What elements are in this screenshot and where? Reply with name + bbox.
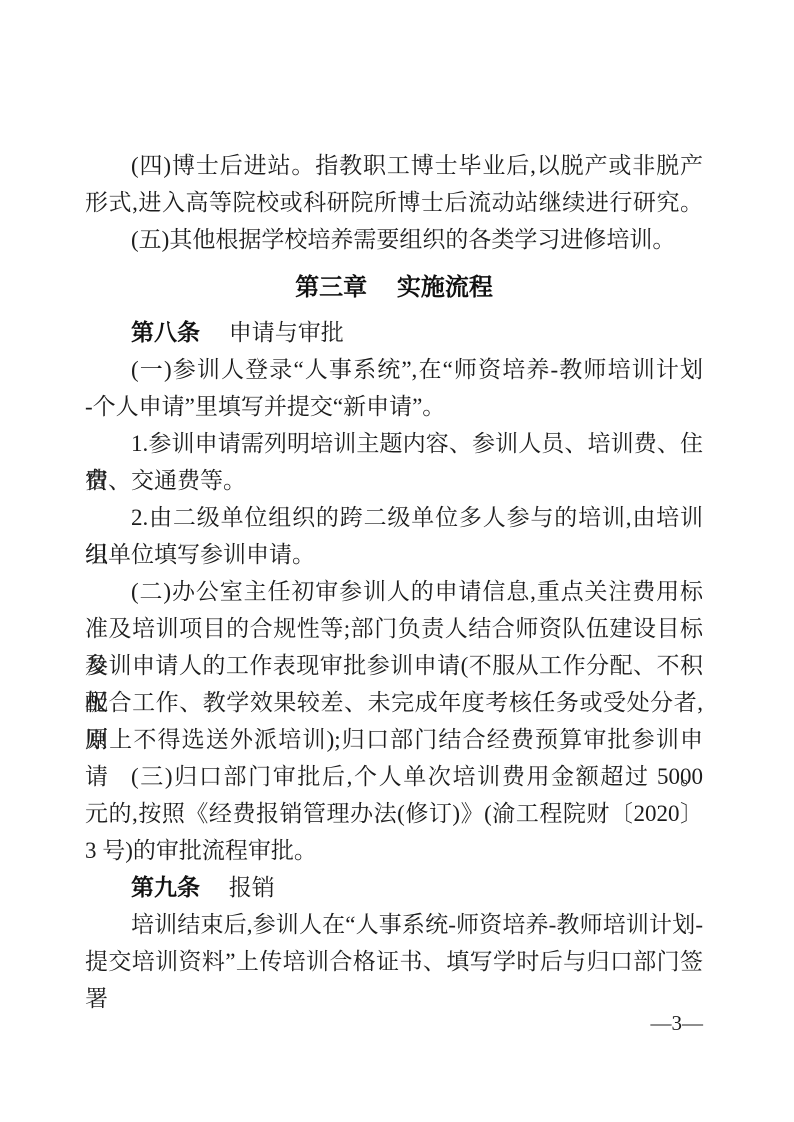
- body-line: -个人申请”里填写并提交“新申请”。: [85, 388, 703, 425]
- body-line: 则上不得选送外派培训);归口部门结合经费预算审批参训申请。: [85, 721, 703, 758]
- body-line: 2.由二级单位组织的跨二级单位多人参与的培训,由培训组: [85, 499, 703, 536]
- body-line: 提交培训资料”上传培训合格证书、填写学时后与归口部门签署: [85, 943, 703, 980]
- article-label: 第八条: [131, 319, 200, 345]
- body-line: 1.参训申请需列明培训主题内容、参训人员、培训费、住宿: [85, 425, 703, 462]
- body-line: 参训申请人的工作表现审批参训申请(不服从工作分配、不积极: [85, 647, 703, 684]
- article-title: 申请与审批: [229, 320, 344, 345]
- page-number: —3—: [651, 1010, 704, 1036]
- body-line: 准及培训项目的合规性等;部门负责人结合师资队伍建设目标及: [85, 610, 703, 647]
- chapter-label: 第三章: [295, 274, 367, 301]
- body-line: (二)办公室主任初审参训人的申请信息,重点关注费用标: [85, 573, 703, 610]
- article-heading: 第九条 报销: [85, 869, 703, 906]
- article-heading: 第八条 申请与审批: [85, 314, 703, 351]
- article-title: 报销: [229, 875, 275, 900]
- body-line: (一)参训人登录“人事系统”,在“师资培养-教师培训计划: [85, 351, 703, 388]
- document-body: (四)博士后进站。指教职工博士毕业后,以脱产或非脱产 形式,进入高等院校或科研院…: [85, 147, 703, 980]
- body-line: 织单位填写参训申请。: [85, 536, 703, 573]
- article-label: 第九条: [131, 874, 200, 900]
- body-line: (三)归口部门审批后,个人单次培训费用金额超过 5000: [85, 758, 703, 795]
- body-line: 元的,按照《经费报销管理办法(修订)》(渝工程院财〔2020〕: [85, 795, 703, 832]
- body-line: 费、交通费等。: [85, 462, 703, 499]
- document-page: (四)博士后进站。指教职工博士毕业后,以脱产或非脱产 形式,进入高等院校或科研院…: [0, 0, 794, 1122]
- body-line: 形式,进入高等院校或科研院所博士后流动站继续进行研究。: [85, 184, 703, 221]
- body-line: (五)其他根据学校培养需要组织的各类学习进修培训。: [85, 221, 703, 258]
- body-line: 3 号)的审批流程审批。: [85, 832, 703, 869]
- chapter-title: 实施流程: [397, 274, 493, 301]
- body-line: (四)博士后进站。指教职工博士毕业后,以脱产或非脱产: [85, 147, 703, 184]
- body-line: 配合工作、教学效果较差、未完成年度考核任务或受处分者,原: [85, 684, 703, 721]
- body-line: 培训结束后,参训人在“人事系统-师资培养-教师培训计划-: [85, 906, 703, 943]
- chapter-heading: 第三章 实施流程: [85, 268, 703, 308]
